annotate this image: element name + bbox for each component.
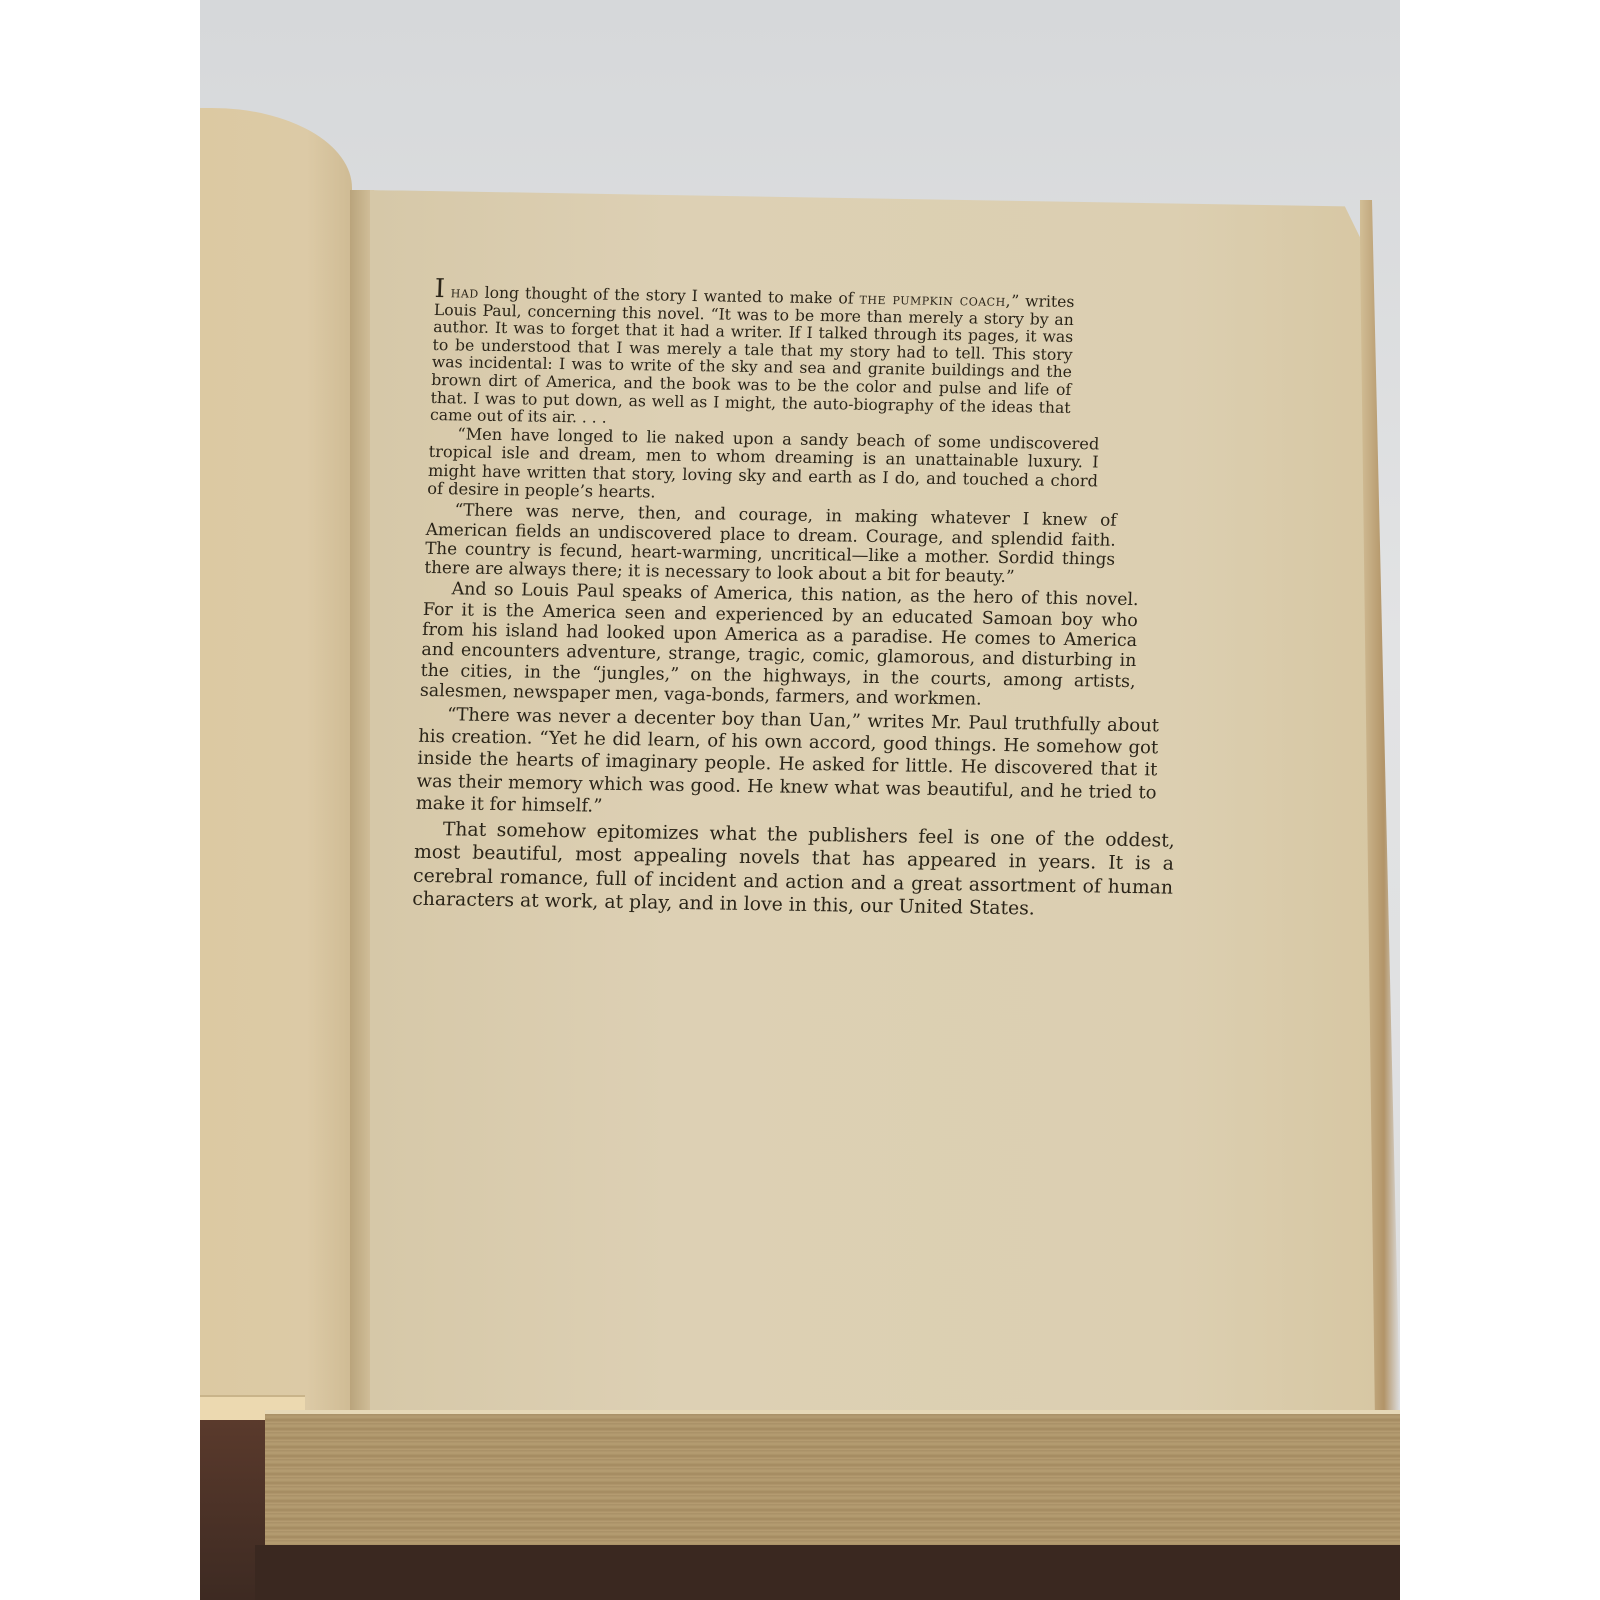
book-photo: I had long thought of the story I wanted… xyxy=(200,0,1400,1600)
page-block-edge xyxy=(265,1410,1400,1554)
paragraph-6: That somehow epitomizes what the publish… xyxy=(412,817,1175,923)
paragraph-text: ” writes Louis Paul, concerning this nov… xyxy=(430,292,1075,427)
paragraph-3: “There was nerve, then, and courage, in … xyxy=(424,500,1117,588)
paragraph-5: “There was never a decenter boy than Uan… xyxy=(415,703,1159,827)
paragraph-4: And so Louis Paul speaks of America, thi… xyxy=(420,579,1139,713)
left-page xyxy=(200,108,352,1428)
paragraph-2: “Men have longed to lie naked upon a san… xyxy=(427,425,1100,509)
small-caps-text: had xyxy=(451,283,480,301)
paragraph-1: I had long thought of the story I wanted… xyxy=(430,280,1075,435)
book-cover-bottom xyxy=(255,1545,1400,1600)
page-text-block: I had long thought of the story I wanted… xyxy=(412,280,1205,924)
